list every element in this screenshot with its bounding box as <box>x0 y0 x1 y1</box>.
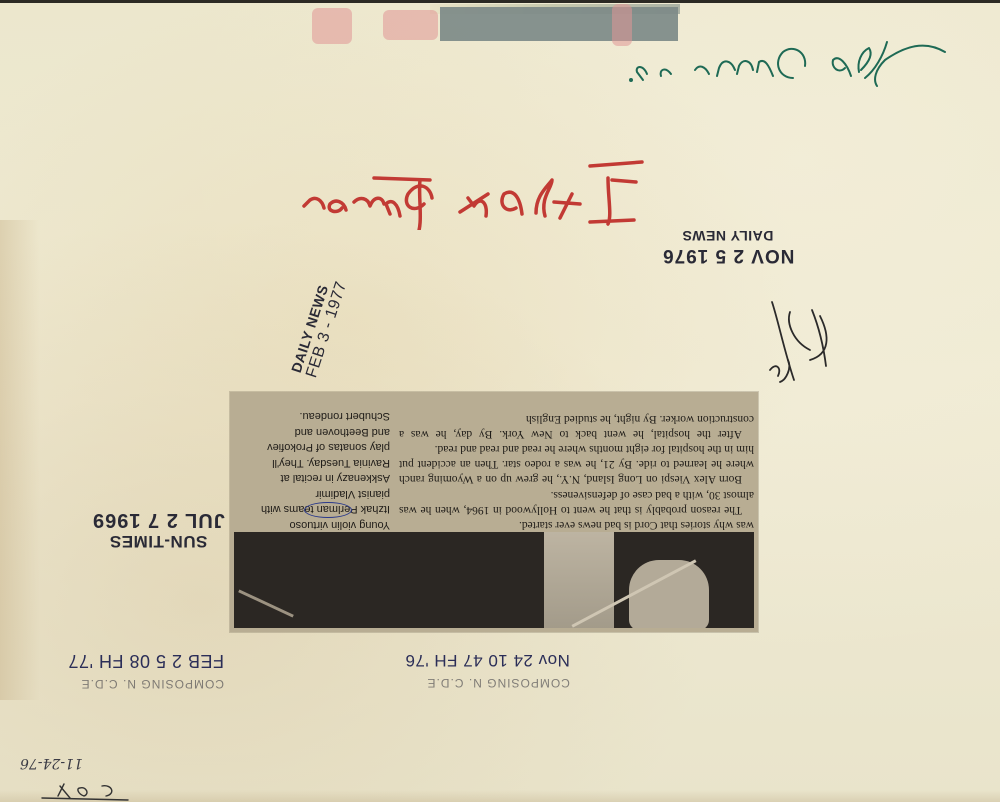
stamp-time: FEB 2 5 08 FH '77 <box>68 650 224 671</box>
stamp-paper: SUN-TIMES <box>92 531 225 551</box>
edge-shadow-bottom <box>0 790 1000 802</box>
green-signature <box>625 30 955 90</box>
initials-scribble <box>40 780 130 802</box>
stamp-date: NOV 2 5 1976 <box>662 244 794 266</box>
article-text: was why stories that Cord is bad news ev… <box>399 394 754 532</box>
newspaper-clipping: was why stories that Cord is bad news ev… <box>230 392 758 632</box>
pink-residue <box>383 10 438 40</box>
photo-caption: Young violin virtuoso Itzhak Perlman tea… <box>230 394 390 532</box>
stamp-dept: COMPOSING N. C.D.E <box>405 676 570 690</box>
clipping-text: was why stories that Cord is bad news ev… <box>234 392 754 532</box>
daily-news-stamp-1976: NOV 2 5 1976 DAILY NEWS <box>662 228 794 266</box>
circled-name-mark <box>304 502 352 518</box>
stamp-dept: COMPOSING N. C.D.E <box>68 677 224 691</box>
composing-stamp-1976: COMPOSING N. C.D.E Nov 24 10 47 FH '76 <box>405 650 570 690</box>
sun-times-stamp: SUN-TIMES JUL 2 7 1969 <box>92 508 225 551</box>
edge-shadow <box>0 220 40 700</box>
stamp-time: Nov 24 10 47 FH '76 <box>405 650 570 670</box>
handwritten-date: 11-24-76 <box>20 755 83 771</box>
red-signature <box>290 158 650 230</box>
black-signature <box>760 290 840 390</box>
top-edge <box>0 0 1000 3</box>
clipping-photo <box>234 532 754 628</box>
stamp-paper: DAILY NEWS <box>682 228 794 244</box>
composing-stamp-1977: COMPOSING N. C.D.E FEB 2 5 08 FH '77 <box>68 650 224 691</box>
pink-residue <box>312 8 352 44</box>
stamp-date: JUL 2 7 1969 <box>92 508 225 531</box>
